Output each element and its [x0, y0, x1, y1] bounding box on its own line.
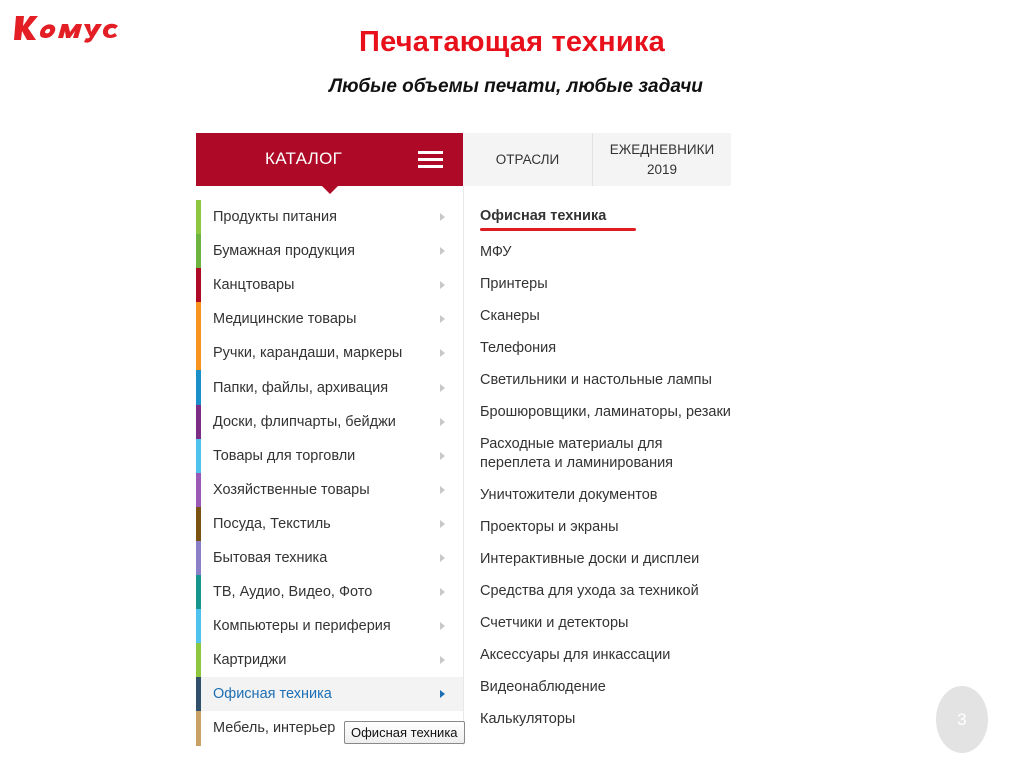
subcategory-link[interactable]: Сканеры: [480, 300, 731, 332]
subcategory-link[interactable]: Принтеры: [480, 268, 731, 300]
chevron-right-icon: [440, 281, 445, 289]
chevron-right-icon: [440, 213, 445, 221]
category-color-bar: [196, 370, 201, 404]
category-label: Продукты питания: [213, 209, 337, 225]
category-item[interactable]: Товары для торговли: [196, 439, 463, 473]
category-item[interactable]: Офисная техника: [196, 677, 463, 711]
subcategory-link[interactable]: Средства для ухода за техникой: [480, 575, 731, 607]
category-item[interactable]: Канцтовары: [196, 268, 463, 302]
category-color-bar: [196, 643, 201, 677]
top-tabs: ОТРАСЛИ ЕЖЕДНЕВНИКИ 2019: [463, 133, 731, 186]
category-label: Офисная техника: [213, 686, 332, 702]
category-color-bar: [196, 336, 201, 370]
subcategory-title[interactable]: Офисная техника: [480, 208, 606, 224]
category-color-bar: [196, 473, 201, 507]
catalog-label: КАТАЛОГ: [265, 149, 342, 169]
chevron-right-icon: [440, 622, 445, 630]
subcategory-link[interactable]: Калькуляторы: [480, 703, 731, 735]
subcategory-link[interactable]: Телефония: [480, 332, 731, 364]
subcategory-link[interactable]: Проекторы и экраны: [480, 511, 731, 543]
category-item[interactable]: Ручки, карандаши, маркеры: [196, 336, 463, 370]
chevron-right-icon: [440, 690, 445, 698]
title-underline: [480, 228, 636, 231]
category-label: ТВ, Аудио, Видео, Фото: [213, 584, 372, 600]
category-item[interactable]: Хозяйственные товары: [196, 473, 463, 507]
category-color-bar: [196, 200, 201, 234]
category-list: Продукты питанияБумажная продукцияКанцто…: [196, 200, 463, 746]
subcategory-link[interactable]: Светильники и настольные лампы: [480, 364, 731, 396]
tab-planners-2019-label: ЕЖЕДНЕВНИКИ 2019: [607, 140, 717, 180]
category-color-bar: [196, 439, 201, 473]
category-label: Компьютеры и периферия: [213, 618, 391, 634]
catalog-menu: КАТАЛОГ ОТРАСЛИ ЕЖЕДНЕВНИКИ 2019 Продукт…: [196, 133, 731, 745]
subcategory-link[interactable]: Аксессуары для инкассации: [480, 639, 731, 671]
chevron-right-icon: [440, 452, 445, 460]
tab-planners-2019[interactable]: ЕЖЕДНЕВНИКИ 2019: [593, 133, 731, 186]
category-color-bar: [196, 405, 201, 439]
category-label: Ручки, карандаши, маркеры: [213, 345, 402, 361]
tab-industries[interactable]: ОТРАСЛИ: [463, 133, 593, 186]
category-label: Бумажная продукция: [213, 243, 355, 259]
category-label: Хозяйственные товары: [213, 482, 370, 498]
category-color-bar: [196, 711, 201, 745]
subcategory-link[interactable]: Брошюровщики, ламинаторы, резаки: [480, 396, 731, 428]
chevron-right-icon: [440, 349, 445, 357]
page-number-badge: 3: [936, 686, 988, 753]
category-color-bar: [196, 302, 201, 336]
category-item[interactable]: Медицинские товары: [196, 302, 463, 336]
subcategory-link[interactable]: Видеонаблюдение: [480, 671, 731, 703]
category-color-bar: [196, 234, 201, 268]
caret-down-icon: [322, 186, 338, 194]
category-label: Посуда, Текстиль: [213, 516, 331, 532]
subcategory-list: МФУПринтерыСканерыТелефонияСветильники и…: [480, 236, 731, 735]
category-label: Мебель, интерьер: [213, 720, 335, 736]
chevron-right-icon: [440, 656, 445, 664]
category-item[interactable]: Папки, файлы, архивация: [196, 370, 463, 404]
slide-title: Печатающая техника: [0, 26, 1024, 59]
subcategory-link[interactable]: Интерактивные доски и дисплеи: [480, 543, 731, 575]
category-label: Товары для торговли: [213, 448, 355, 464]
chevron-right-icon: [440, 315, 445, 323]
category-item[interactable]: Бытовая техника: [196, 541, 463, 575]
category-label: Папки, файлы, архивация: [213, 380, 388, 396]
category-color-bar: [196, 268, 201, 302]
category-label: Картриджи: [213, 652, 286, 668]
subcategory-link[interactable]: Расходные материалы для переплета и лами…: [480, 428, 731, 479]
category-color-bar: [196, 677, 201, 711]
chevron-right-icon: [440, 418, 445, 426]
category-color-bar: [196, 541, 201, 575]
category-label: Медицинские товары: [213, 311, 356, 327]
category-label: Канцтовары: [213, 277, 294, 293]
category-item[interactable]: Продукты питания: [196, 200, 463, 234]
category-color-bar: [196, 507, 201, 541]
category-item[interactable]: ТВ, Аудио, Видео, Фото: [196, 575, 463, 609]
chevron-right-icon: [440, 554, 445, 562]
chevron-right-icon: [440, 384, 445, 392]
tooltip: Офисная техника: [344, 721, 465, 744]
category-color-bar: [196, 575, 201, 609]
category-label: Доски, флипчарты, бейджи: [213, 414, 396, 430]
category-item[interactable]: Компьютеры и периферия: [196, 609, 463, 643]
category-label: Бытовая техника: [213, 550, 327, 566]
subcategory-link[interactable]: Счетчики и детекторы: [480, 607, 731, 639]
panel-divider: [463, 186, 464, 745]
chevron-right-icon: [440, 520, 445, 528]
subcategory-link[interactable]: Уничтожители документов: [480, 479, 731, 511]
chevron-right-icon: [440, 486, 445, 494]
chevron-right-icon: [440, 247, 445, 255]
category-item[interactable]: Доски, флипчарты, бейджи: [196, 405, 463, 439]
hamburger-icon[interactable]: [418, 151, 443, 168]
category-item[interactable]: Посуда, Текстиль: [196, 507, 463, 541]
chevron-right-icon: [440, 588, 445, 596]
catalog-header[interactable]: КАТАЛОГ: [196, 133, 463, 186]
slide-subtitle: Любые объемы печати, любые задачи: [0, 76, 1024, 98]
category-color-bar: [196, 609, 201, 643]
category-item[interactable]: Бумажная продукция: [196, 234, 463, 268]
category-item[interactable]: Картриджи: [196, 643, 463, 677]
subcategory-link[interactable]: МФУ: [480, 236, 731, 268]
